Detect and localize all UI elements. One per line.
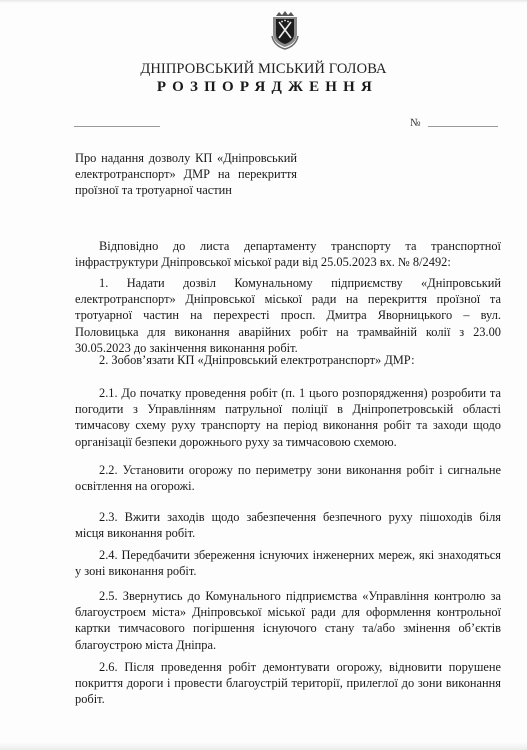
date-blank-line: [74, 126, 160, 127]
item-1-paragraph: 1. Надати дозвіл Комунальному підприємст…: [75, 275, 501, 356]
number-label: №: [410, 117, 421, 129]
document-subject: Про надання дозволу КП «Дніпровський еле…: [75, 150, 297, 198]
item-2-6-paragraph: 2.6. Після проведення робіт демонтувати …: [75, 659, 501, 708]
item-2-paragraph: 2. Зобов’язати КП «Дніпровський електрот…: [75, 352, 501, 368]
item-2-1-paragraph: 2.1. До початку проведення робіт (п. 1 ц…: [75, 385, 501, 450]
scan-edge-bottom: [0, 742, 527, 750]
item-2-4-paragraph: 2.4. Передбачити збереження існуючих інж…: [75, 547, 501, 579]
item-2-2-paragraph: 2.2. Установити огорожу по периметру зон…: [75, 462, 501, 494]
number-blank-line: [428, 126, 498, 127]
document-page: ДНІПРОВСЬКИЙ МІСЬКИЙ ГОЛОВА РОЗПОРЯДЖЕНН…: [0, 0, 527, 750]
item-2-3-paragraph: 2.3. Вжити заходів щодо забезпечення без…: [75, 509, 501, 541]
document-type-title: РОЗПОРЯДЖЕННЯ: [0, 79, 527, 96]
item-2-5-paragraph: 2.5. Звернутись до Комунального підприєм…: [75, 588, 501, 653]
scan-edge-top: [0, 0, 527, 3]
coat-of-arms-icon: [270, 10, 300, 50]
preamble-paragraph: Відповідно до листа департаменту транспо…: [75, 238, 501, 270]
issuing-authority: ДНІПРОВСЬКИЙ МІСЬКИЙ ГОЛОВА: [0, 61, 527, 78]
